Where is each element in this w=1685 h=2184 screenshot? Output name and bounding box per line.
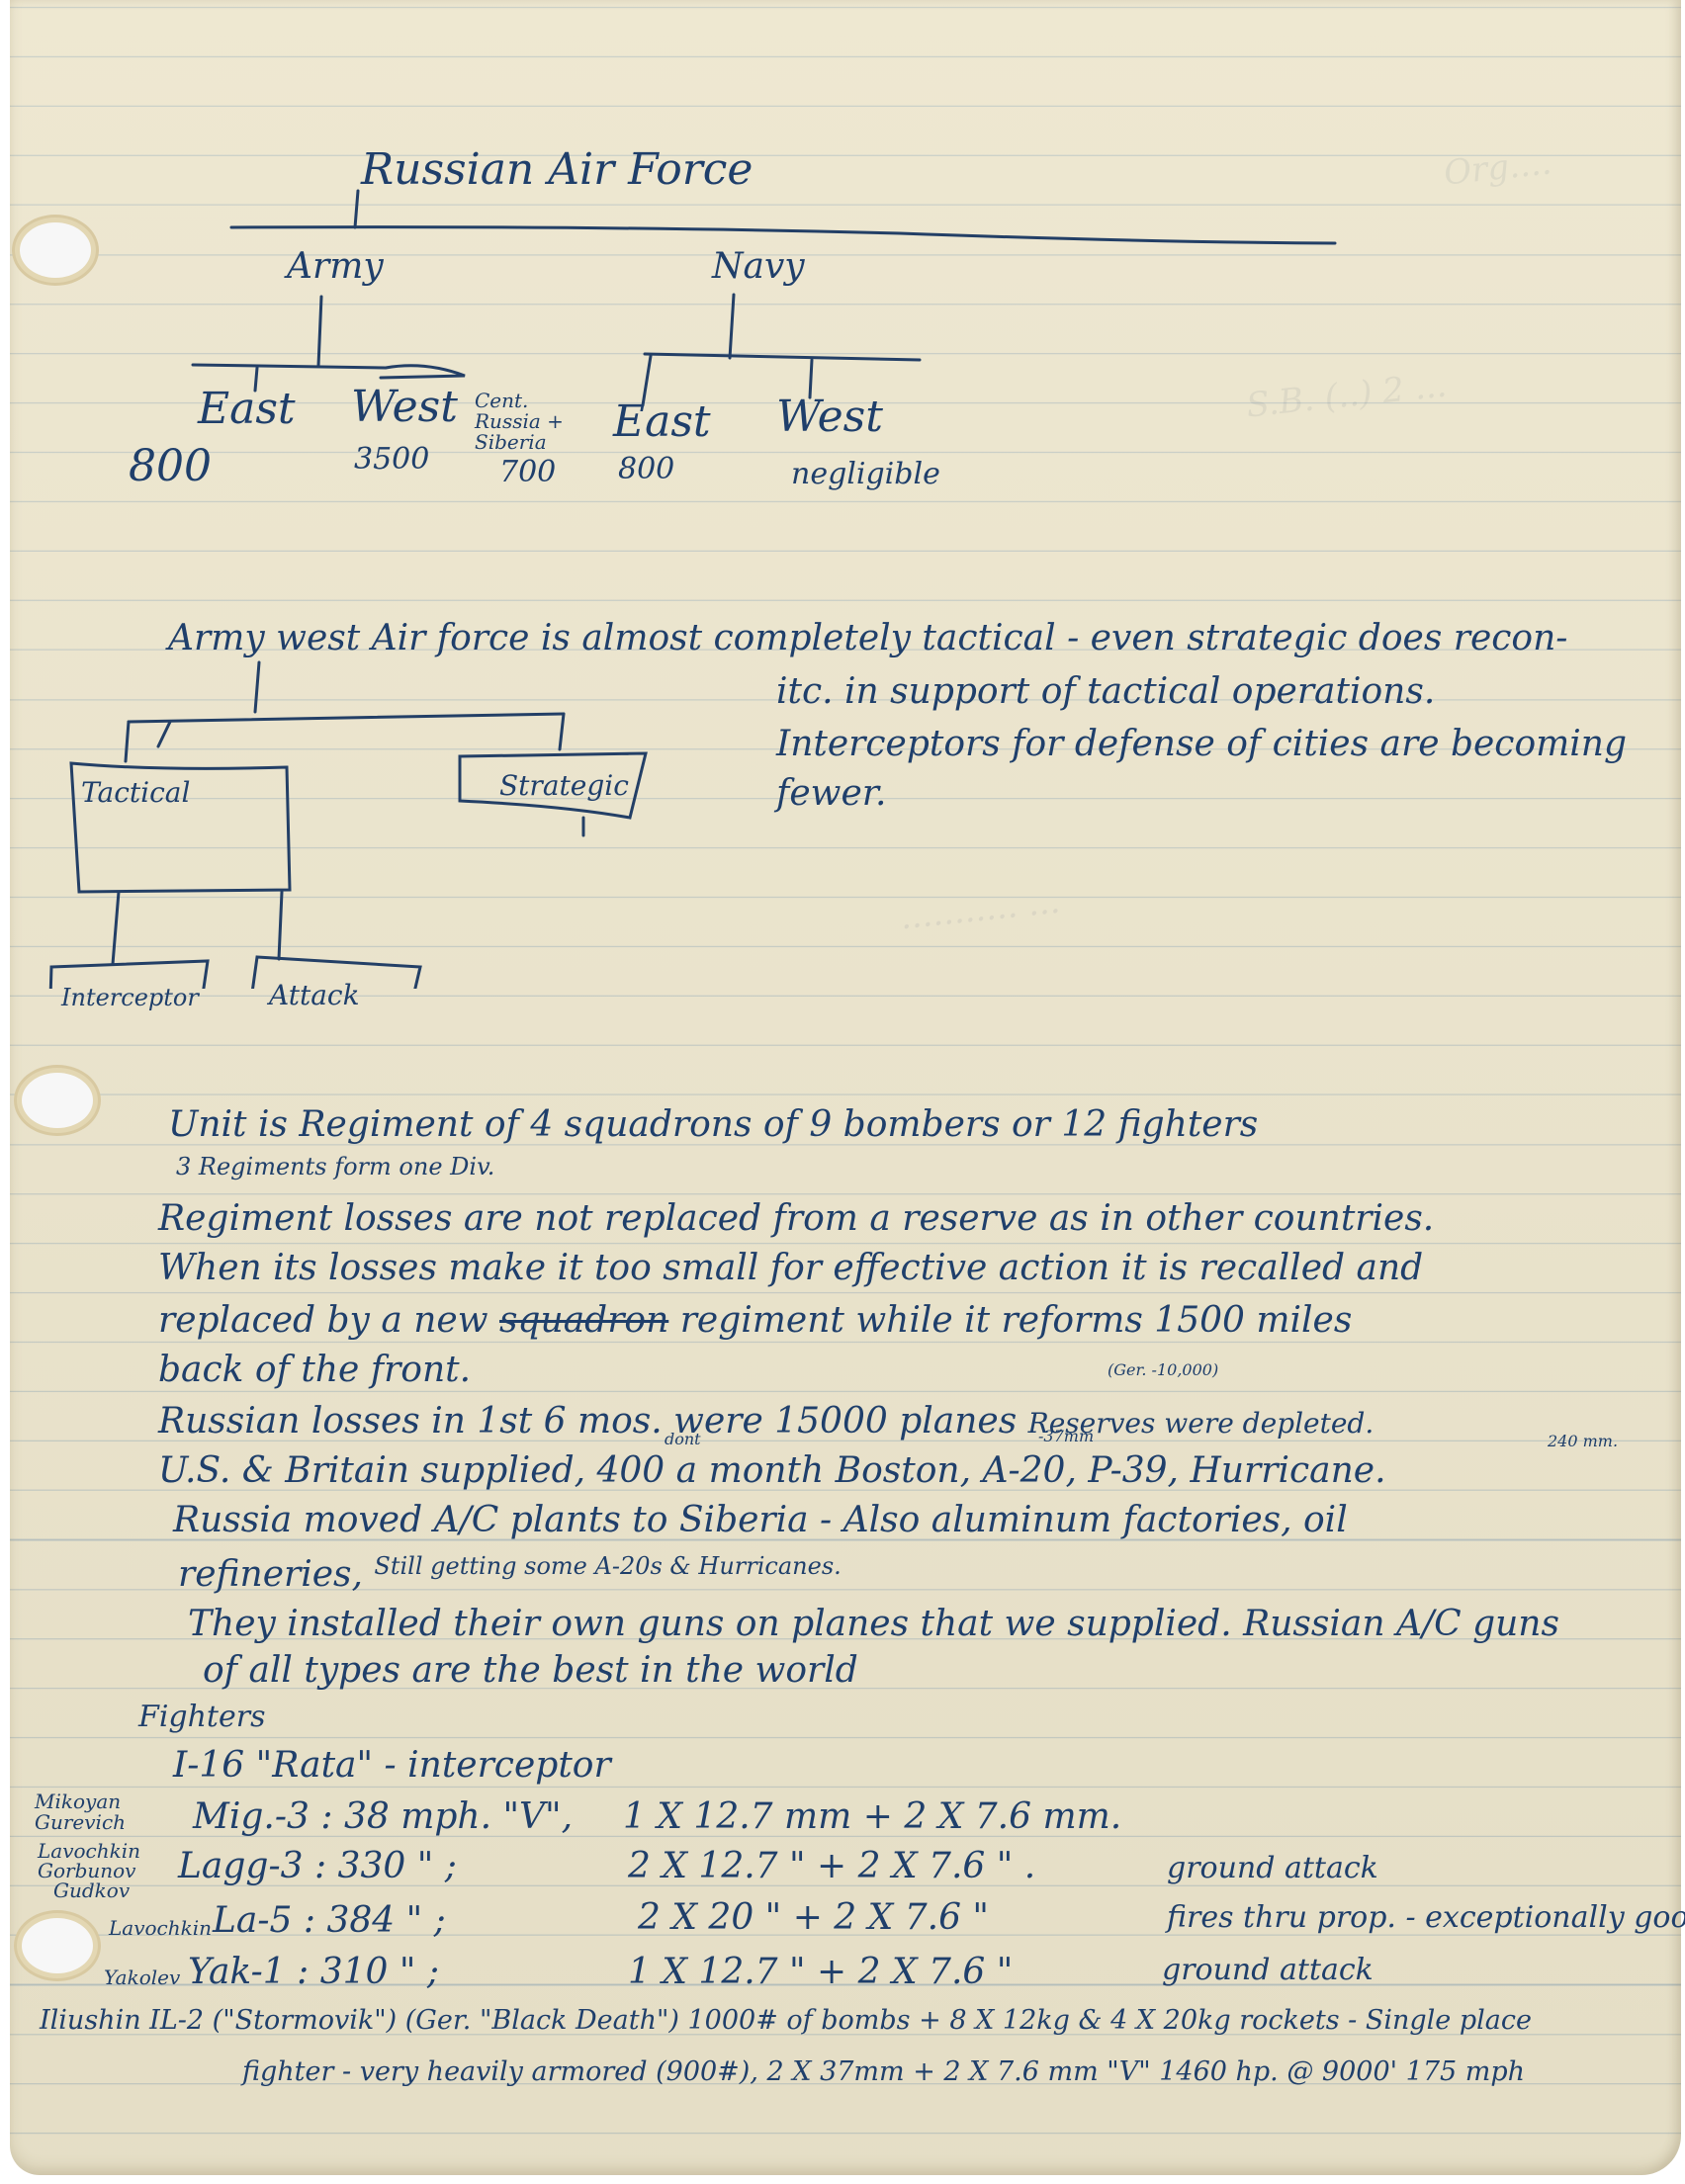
il2-line-2: fighter - very heavily armored (900#), 2…: [242, 2058, 1525, 2085]
yak1-designer: Yakolev: [104, 1967, 180, 1987]
notes-german-losses: (Ger. -10,000): [1108, 1362, 1218, 1378]
lagg3-armament: 2 X 12.7 " + 2 X 7.6 " .: [628, 1849, 1035, 1884]
notes-line-regiment-losses: Regiment losses are not replaced from a …: [158, 1201, 1434, 1237]
notes-line-best-guns: of all types are the best in the world: [203, 1653, 858, 1689]
chart2-tactical-node: Tactical: [81, 776, 190, 809]
la5-speed: : 384 " ;: [304, 1900, 446, 1941]
mig3-armament-2: + 2 X 7.6 mm.: [863, 1796, 1121, 1837]
mig3-engine: "V",: [502, 1796, 573, 1837]
paragraph1-line2: itc. in support of tactical operations.: [776, 674, 1435, 710]
yak1-armament: 1 X 12.7 " + 2 X 7.6 ": [628, 1955, 1013, 1990]
chart2-strategic-node: Strategic: [499, 769, 629, 802]
notes-line-siberia: Russia moved A/C plants to Siberia - Als…: [173, 1503, 1348, 1538]
il2-line-1: Iliushin IL-2 ("Stormovik") (Ger. "Black…: [40, 2007, 1532, 2034]
chart1-army-west-value: 3500: [354, 445, 429, 475]
paragraph1-line3: Interceptors for defense of cities are b…: [776, 727, 1627, 762]
paragraph1-line4: fewer.: [776, 776, 886, 812]
yak1-row: Yak-1 : 310 " ;: [188, 1955, 439, 1990]
mig3-model: Mig.-3: [193, 1796, 310, 1837]
notes-replaced-text: replaced by a new: [158, 1300, 488, 1341]
notes-line-refineries: refineries, Still getting some A-20s & H…: [178, 1557, 842, 1593]
notebook-page: Org.... S.B. (..) 2 ... ........... ...: [10, 0, 1681, 2175]
yak1-armament-2: + 2 X 7.6 ": [817, 1952, 1013, 1992]
la5-model: La-5: [213, 1900, 292, 1941]
notes-dont-annotation: dont: [665, 1432, 701, 1447]
mig3-armament: 1 X 12.7 mm + 2 X 7.6 mm.: [623, 1799, 1121, 1835]
yak1-armament-1: 1 X 12.7 ": [628, 1952, 806, 1992]
paragraph1-line1: Army west Air force is almost completely…: [168, 621, 1567, 656]
la5-armament-1: 2 X 20 ": [638, 1897, 781, 1938]
lagg3-row: Lagg-3 : 330 " ;: [178, 1849, 457, 1884]
fighters-heading: Fighters: [138, 1703, 265, 1732]
notes-still-getting: Still getting some A-20s & Hurricanes.: [374, 1552, 841, 1580]
chart2-interceptor-node: Interceptor: [61, 984, 199, 1011]
chart1-navy-label: Navy: [712, 249, 805, 285]
lagg3-note: ground attack: [1167, 1854, 1378, 1883]
notes-line-unit: Unit is Regiment of 4 squadrons of 9 bom…: [168, 1107, 1258, 1143]
fighters-rata: I-16 "Rata" - interceptor: [173, 1748, 611, 1784]
yak1-note: ground attack: [1162, 1956, 1374, 1985]
mig3-armament-1: 1 X 12.7 mm: [623, 1796, 851, 1837]
chart1-army-central-label: Cent. Russia + Siberia: [475, 391, 564, 453]
notes-line-recalled: When its losses make it too small for ef…: [158, 1251, 1423, 1286]
notes-line-div: 3 Regiments form one Div.: [176, 1155, 494, 1179]
chart2-attack-node: Attack: [269, 979, 360, 1011]
notes-losses-text: Russian losses in 1st 6 mos. were 15000 …: [158, 1401, 1017, 1441]
designer-mikoyan: Mikoyan: [35, 1791, 126, 1812]
notes-240mm-annotation: 240 mm.: [1548, 1434, 1618, 1449]
notes-struck-word: squadron: [499, 1300, 668, 1341]
la5-note: fires thru prop. - exceptionally good: [1167, 1903, 1685, 1933]
punch-hole-middle: [22, 1073, 93, 1128]
la5-row: La-5 : 384 " ;: [213, 1903, 446, 1939]
org-chart-connectors: [10, 0, 1685, 989]
notes-line-supplied: U.S. & Britain supplied, 400 a month Bos…: [158, 1453, 1386, 1489]
chart1-navy-east-value: 800: [618, 455, 674, 484]
chart1-navy-west-label: West: [776, 395, 883, 439]
lagg3-armament-1: 2 X 12.7 ": [628, 1846, 806, 1886]
chart1-army-west-label: West: [351, 386, 458, 429]
la5-armament: 2 X 20 " + 2 X 7.6 ": [638, 1900, 989, 1936]
yak1-speed: : 310 " ;: [297, 1952, 439, 1992]
designer-gurevich: Gurevich: [35, 1812, 126, 1833]
designer-lavochkin: Lavochkin: [38, 1841, 140, 1861]
notes-supplied-text: U.S. & Britain supplied: [158, 1450, 575, 1491]
notes-aircraft-types: 400 a month Boston, A-20, P-39, Hurrican…: [597, 1450, 1386, 1491]
chart1-title: Russian Air Force: [361, 148, 753, 192]
punch-hole-bottom: [22, 1918, 93, 1973]
designer-gorbunov: Gorbunov: [38, 1861, 140, 1880]
chart1-army-label: Army: [287, 249, 384, 285]
lagg3-designer: Lavochkin Gorbunov Gudkov: [38, 1841, 140, 1900]
lagg3-armament-2: + 2 X 7.6 " .: [817, 1846, 1035, 1886]
notes-refineries-text: refineries,: [178, 1554, 363, 1595]
yak1-model: Yak-1: [188, 1952, 286, 1992]
mig3-row: Mig.-3 : 38 mph. "V",: [193, 1799, 573, 1835]
notes-line-installed-guns: They installed their own guns on planes …: [188, 1607, 1559, 1642]
chart1-navy-east-label: East: [613, 400, 711, 444]
chart1-army-east-value: 800: [129, 445, 212, 488]
notes-line-back-of-front: back of the front.: [158, 1353, 471, 1388]
lagg3-model: Lagg-3: [178, 1846, 304, 1886]
chart1-army-central-value: 700: [499, 458, 556, 487]
la5-designer: Lavochkin: [109, 1918, 212, 1938]
notes-regiment-text: regiment while it reforms 1500 miles: [680, 1300, 1353, 1341]
notes-line-russian-losses: Russian losses in 1st 6 mos. were 15000 …: [158, 1404, 1374, 1440]
notes-37mm-annotation: -37mm: [1038, 1429, 1094, 1444]
mig3-speed: : 38 mph.: [320, 1796, 491, 1837]
chart1-army-east-label: East: [198, 388, 296, 431]
designer-gudkov: Gudkov: [38, 1880, 140, 1900]
chart1-navy-west-value: negligible: [791, 460, 940, 489]
notes-line-replaced: replaced by a new squadron regiment whil…: [158, 1303, 1352, 1339]
lagg3-speed: : 330 " ;: [314, 1846, 457, 1886]
la5-armament-2: + 2 X 7.6 ": [793, 1897, 989, 1938]
mig3-designer: Mikoyan Gurevich: [35, 1791, 126, 1833]
